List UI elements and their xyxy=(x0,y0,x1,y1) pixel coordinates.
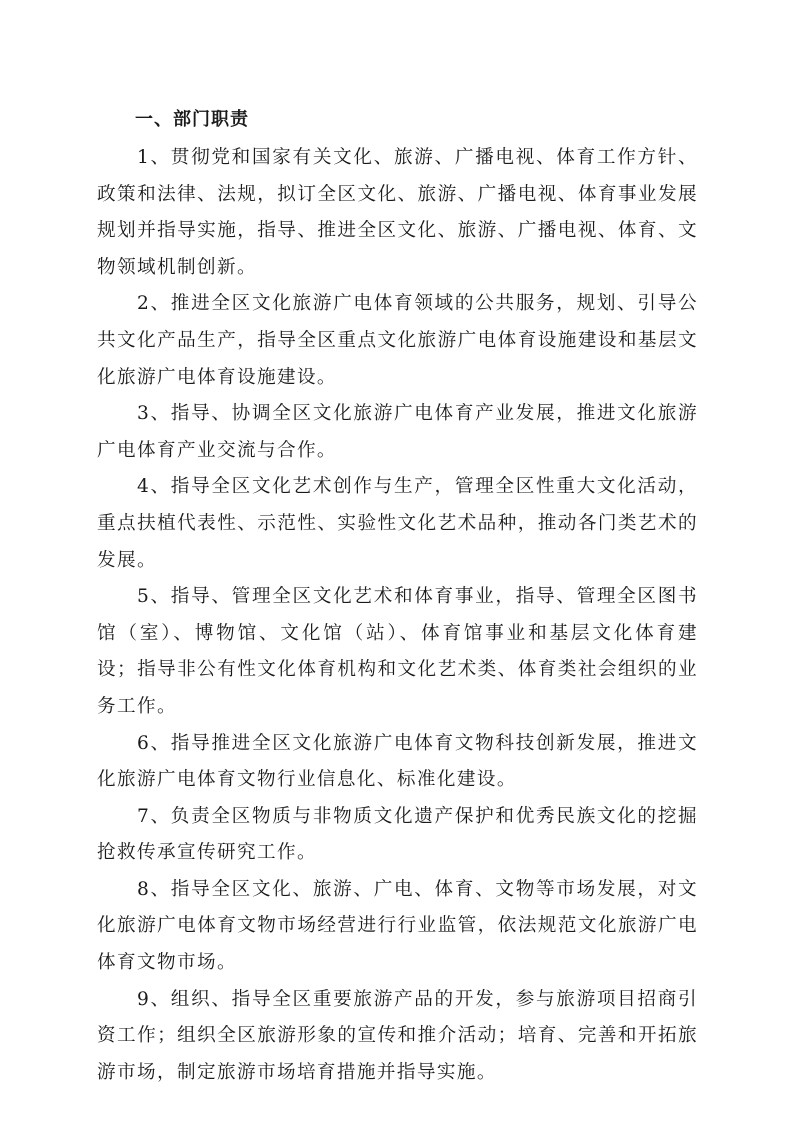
duty-paragraph-9: 9、组织、指导全区重要旅游产品的开发，参与旅游项目招商引资工作；组织全区旅游形象… xyxy=(97,982,698,1092)
duty-paragraph-1: 1、贯彻党和国家有关文化、旅游、广播电视、体育工作方针、政策和法律、法规，拟订全… xyxy=(97,140,698,286)
duty-paragraph-4: 4、指导全区文化艺术创作与生产，管理全区性重大文化活动，重点扶植代表性、示范性、… xyxy=(97,469,698,579)
duty-paragraph-7: 7、负责全区物质与非物质文化遗产保护和优秀民族文化的挖掘抢救传承宣传研究工作。 xyxy=(97,799,698,872)
duty-paragraph-8: 8、指导全区文化、旅游、广电、体育、文物等市场发展，对文化旅游广电体育文物市场经… xyxy=(97,872,698,982)
duty-paragraph-6: 6、指导推进全区文化旅游广电体育文物科技创新发展，推进文化旅游广电体育文物行业信… xyxy=(97,726,698,799)
section-heading: 一、部门职责 xyxy=(97,104,698,136)
document-page: 一、部门职责 1、贯彻党和国家有关文化、旅游、广播电视、体育工作方针、政策和法律… xyxy=(97,104,698,1091)
duty-paragraph-3: 3、指导、协调全区文化旅游广电体育产业发展，推进文化旅游广电体育产业交流与合作。 xyxy=(97,396,698,469)
duty-paragraph-5: 5、指导、管理全区文化艺术和体育事业，指导、管理全区图书馆（室）、博物馆、文化馆… xyxy=(97,579,698,725)
duty-paragraph-2: 2、推进全区文化旅游广电体育领域的公共服务，规划、引导公共文化产品生产，指导全区… xyxy=(97,286,698,396)
